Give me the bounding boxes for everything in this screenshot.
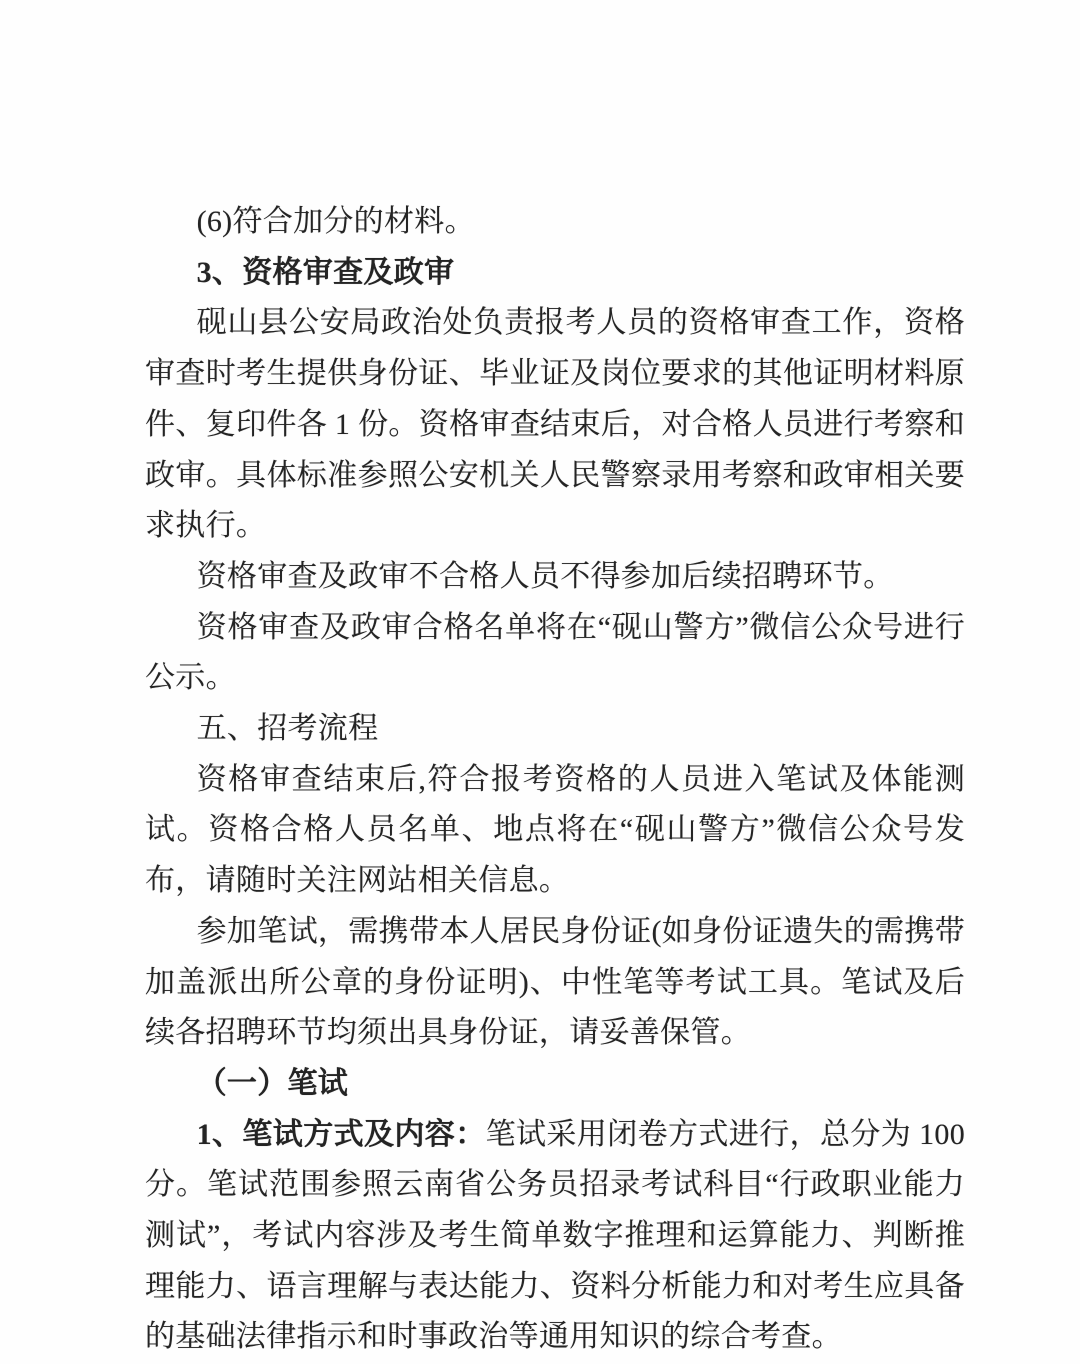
paragraph: 资格审查及政审不合格人员不得参加后续招聘环节。 [145,552,965,603]
paragraph: 砚山县公安局政治处负责报考人员的资格审查工作，资格审查时考生提供身份证、毕业证及… [145,298,965,552]
document-page: (6)符合加分的材料。3、资格审查及政审砚山县公安局政治处负责报考人员的资格审查… [0,0,1080,1364]
section-heading: （一）笔试 [145,1059,965,1110]
text-run: 资格审查及政审不合格人员不得参加后续招聘环节。 [197,560,894,593]
paragraph: 资格审查及政审合格名单将在“砚山警方”微信公众号进行公示。 [145,603,965,704]
text-run: 五、招考流程 [197,712,379,745]
bold-text-run: 1、笔试方式及内容： [197,1118,486,1151]
text-run: 资格审查及政审合格名单将在“砚山警方”微信公众号进行公示。 [145,611,965,695]
document-body: (6)符合加分的材料。3、资格审查及政审砚山县公安局政治处负责报考人员的资格审查… [145,197,965,1363]
text-run: 资格审查结束后,符合报考资格的人员进入笔试及体能测试。资格合格人员名单、地点将在… [145,763,965,897]
section-heading: 3、资格审查及政审 [145,248,965,299]
bold-text-run: （一）笔试 [197,1067,349,1100]
paragraph: 资格审查结束后,符合报考资格的人员进入笔试及体能测试。资格合格人员名单、地点将在… [145,755,965,907]
text-run: (6)符合加分的材料。 [197,205,475,238]
paragraph: 1、笔试方式及内容：笔试采用闭卷方式进行，总分为 100 分。笔试范围参照云南省… [145,1110,965,1364]
paragraph: 五、招考流程 [145,704,965,755]
text-run: 参加笔试，需携带本人居民身份证(如身份证遗失的需携带加盖派出所公章的身份证明)、… [145,915,965,1049]
paragraph: 参加笔试，需携带本人居民身份证(如身份证遗失的需携带加盖派出所公章的身份证明)、… [145,907,965,1059]
text-run: 砚山县公安局政治处负责报考人员的资格审查工作，资格审查时考生提供身份证、毕业证及… [145,306,965,542]
text-run: 笔试采用闭卷方式进行，总分为 100 分。笔试范围参照云南省公务员招录考试科目“… [145,1118,965,1354]
paragraph: (6)符合加分的材料。 [145,197,965,248]
bold-text-run: 3、资格审查及政审 [197,256,455,289]
